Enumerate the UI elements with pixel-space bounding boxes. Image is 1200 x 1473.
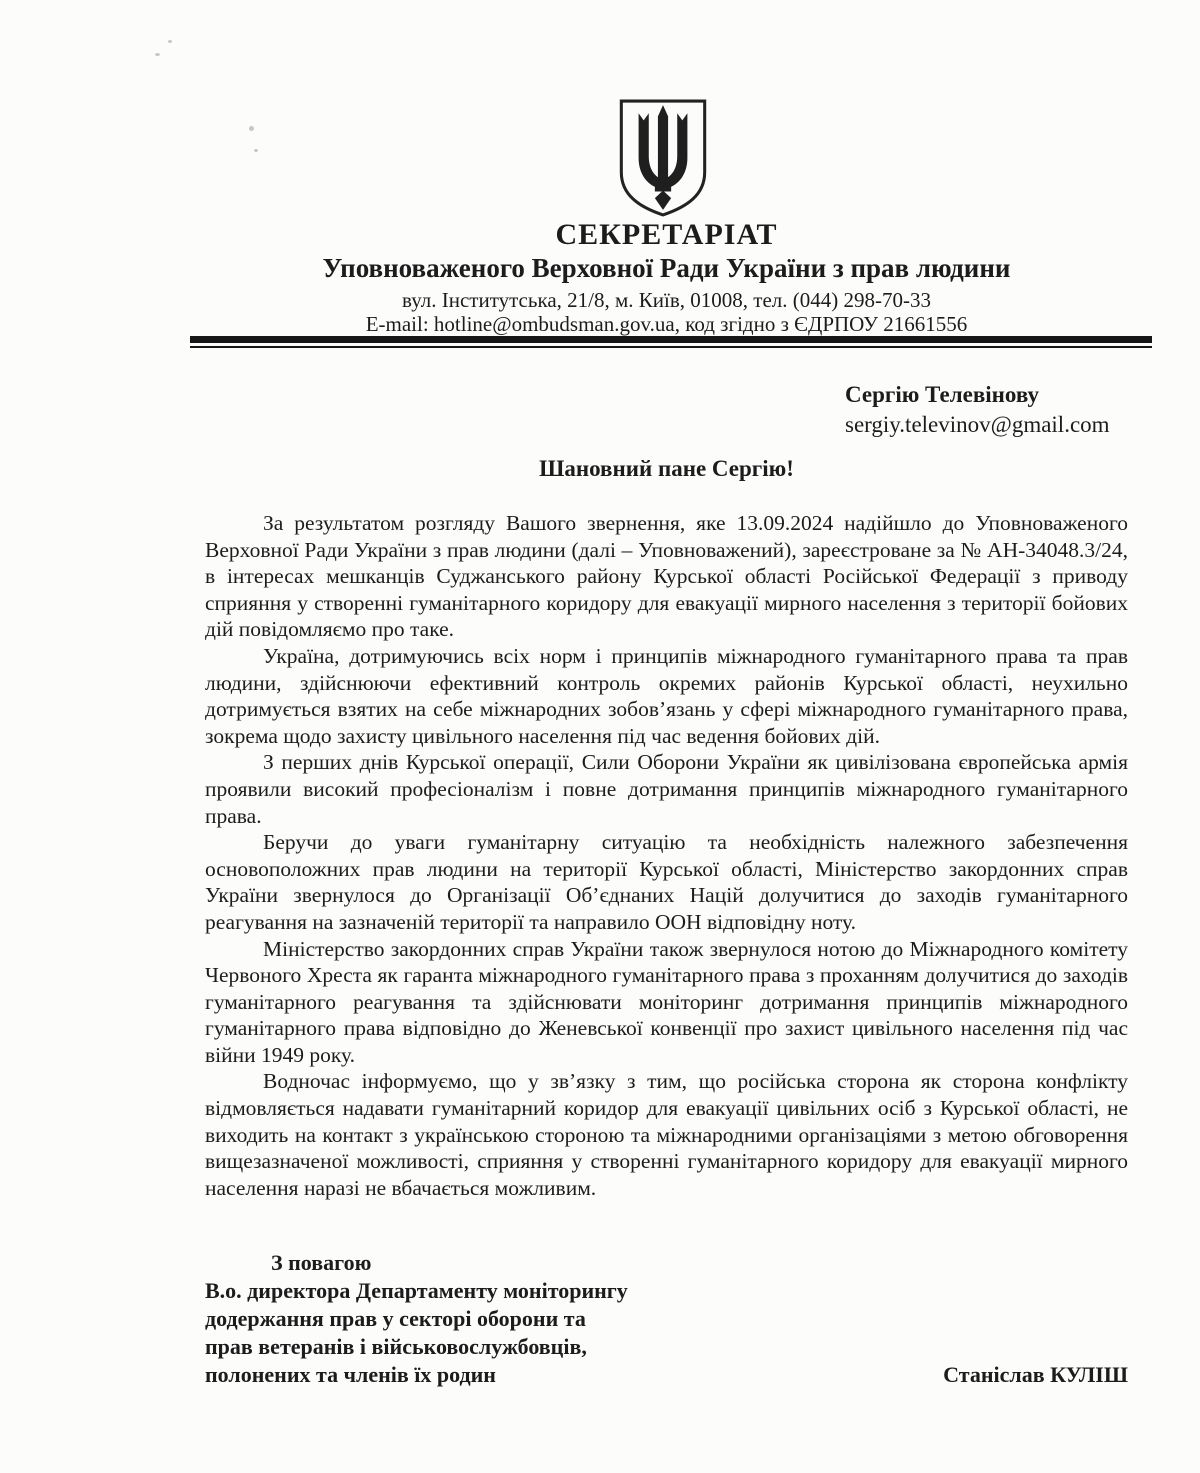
ukraine-trident-emblem-icon <box>616 97 710 219</box>
signature-block: З повагою В.о. директора Департаменту мо… <box>205 1249 1128 1389</box>
salutation: Шановний пане Сергію! <box>205 455 1128 483</box>
signer-name: Станіслав КУЛІШ <box>923 1361 1128 1389</box>
signer-title-line: полонених та членів їх родин <box>205 1361 628 1389</box>
org-title: СЕКРЕТАРІАТ <box>205 218 1128 252</box>
divider-thin-line <box>190 346 1152 348</box>
signer-title-line: прав ветеранів і військовослужбовців, <box>205 1333 628 1361</box>
signature-closing: З повагою <box>205 1249 1128 1277</box>
scanned-letter-page: СЕКРЕТАРІАТ Уповноваженого Верховної Рад… <box>0 0 1200 1473</box>
divider-thick-line <box>190 336 1152 343</box>
paragraph: З перших днів Курської операції, Сили Об… <box>205 749 1128 829</box>
letterhead-divider <box>190 336 1152 348</box>
recipient-block: Сергію Телевінову sergiy.televinov@gmail… <box>845 380 1110 440</box>
paragraph: Міністерство закордонних справ України т… <box>205 936 1128 1069</box>
signer-title-line: В.о. директора Департаменту моніторингу <box>205 1277 628 1305</box>
scan-speck <box>155 53 160 56</box>
signer-title: В.о. директора Департаменту моніторингу … <box>205 1277 628 1389</box>
recipient-name: Сергію Телевінову <box>845 380 1110 410</box>
paragraph: Беручи до уваги гуманітарну ситуацію та … <box>205 829 1128 935</box>
scan-speck <box>168 40 172 43</box>
recipient-email: sergiy.televinov@gmail.com <box>845 410 1110 440</box>
paragraph: Україна, дотримуючись всіх норм і принци… <box>205 643 1128 749</box>
letter-paragraphs: За результатом розгляду Вашого звернення… <box>205 510 1128 1201</box>
scan-speck <box>249 126 254 131</box>
paragraph: За результатом розгляду Вашого звернення… <box>205 510 1128 643</box>
org-address-line: вул. Інститутська, 21/8, м. Київ, 01008,… <box>205 288 1128 312</box>
org-email-line: E-mail: hotline@ombudsman.gov.ua, код зг… <box>205 312 1128 336</box>
letterhead: СЕКРЕТАРІАТ Уповноваженого Верховної Рад… <box>205 218 1128 336</box>
letter-body: Шановний пане Сергію! За результатом роз… <box>205 455 1128 1389</box>
org-subtitle: Уповноваженого Верховної Ради України з … <box>205 252 1128 285</box>
scan-speck <box>254 149 258 152</box>
paragraph: Водночас інформуємо, що у зв’язку з тим,… <box>205 1068 1128 1201</box>
signature-row: В.о. директора Департаменту моніторингу … <box>205 1277 1128 1389</box>
signer-title-line: додержання прав у секторі оборони та <box>205 1305 628 1333</box>
